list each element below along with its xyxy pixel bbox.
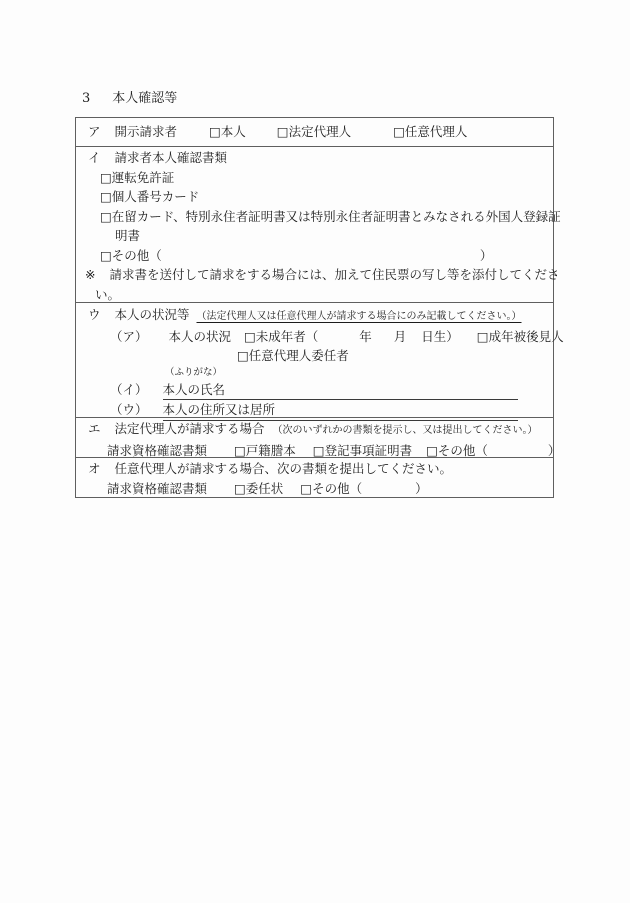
other-close-o: ） (415, 481, 428, 496)
note-text-line1: 請求書を送付して請求をする場合には、加えて住民票の写し等を添付してくださ (109, 267, 559, 282)
row-o-title-line: オ 任意代理人が請求する場合、次の書類を提出してください。 (76, 459, 553, 479)
residence-card-text-line1: □在留カード、特別永住者証明書又は特別永住者証明書とみなされる外国人登録証 (100, 209, 561, 224)
checkbox-option-my-number-card: □個人番号カード (76, 187, 553, 207)
sub-label-a: （ア） (110, 329, 148, 344)
checkbox-option-minor: □未成年者（ (244, 329, 318, 344)
checkbox-option-family-register: □戸籍謄本 (234, 443, 296, 458)
my-number-card-text: □個人番号カード (100, 189, 199, 204)
row-u-label: ウ (88, 307, 101, 322)
unit-year: 年 (359, 329, 372, 344)
section-heading: 3本人確認等 (82, 87, 177, 106)
row-e-title-note: （次のいずれかの書類を提示し、又は提出してください。） (273, 425, 538, 436)
row-a-label: ア (88, 124, 101, 139)
checkbox-option-drivers-license: □運転免許証 (76, 168, 553, 188)
principal-name-caption: 本人の氏名 (163, 382, 226, 397)
row-disclosure-requester: ア 開示請求者 □本人 □法定代理人 □任意代理人 (76, 118, 553, 147)
row-e-title-line: エ 法定代理人が請求する場合 （次のいずれかの書類を提示し、又は提出してください… (76, 419, 553, 441)
drivers-license-text: □運転免許証 (100, 170, 174, 185)
unit-day-close: 日生） (421, 329, 459, 344)
checkbox-option-adult-ward: □成年被後見人 (477, 329, 564, 344)
voluntary-delegator-text: □任意代理人委任者 (237, 348, 349, 363)
residence-card-wrap-line: 明書 (76, 226, 553, 246)
row-i-title: 請求者本人確認書類 (115, 150, 228, 165)
note-text-line2: い。 (95, 287, 120, 302)
mail-note-line1: ※ 請求書を送付して請求をする場合には、加えて住民票の写し等を添付してくださ (76, 265, 553, 285)
checkbox-option-voluntary-rep: □任意代理人 (393, 124, 467, 139)
principal-name-field: 本人の氏名 (163, 380, 518, 401)
sub-title-status: 本人の状況 (169, 329, 232, 344)
principal-name-line: （イ）本人の氏名 (76, 380, 553, 401)
row-e-label: エ (88, 421, 101, 436)
row-a-title: 開示請求者 (115, 124, 178, 139)
row-u-title-note: （法定代理人又は任意代理人が請求する場合にのみ記載してください。） (197, 311, 522, 322)
checkbox-option-self: □本人 (209, 124, 246, 139)
unit-month: 月 (394, 329, 407, 344)
note-mark: ※ (85, 267, 95, 282)
row-identity-documents: イ 請求者本人確認書類 □運転免許証 □個人番号カード □在留カード、特別永住者… (76, 147, 553, 303)
other-close-e: ） (548, 443, 561, 458)
checkbox-option-legal-rep: □法定代理人 (277, 124, 351, 139)
checkbox-option-voluntary-delegator: □任意代理人委任者 (76, 346, 553, 366)
other-prefix-i: □その他（ (100, 248, 162, 263)
document-page: 3本人確認等 ア 開示請求者 □本人 □法定代理人 □任意代理人 イ 請求者本人… (0, 0, 630, 903)
row-e-docs-line: 請求資格確認書類 □戸籍謄本 □登記事項証明書 □その他（） (76, 441, 553, 461)
furigana-text: （ふりがな） (165, 367, 222, 378)
principal-address-caption: 本人の住所又は居所 (163, 402, 276, 417)
row-u-title: 本人の状況等 (115, 307, 190, 322)
checkbox-option-other-e: □その他（ (426, 443, 488, 458)
row-i-label: イ (88, 150, 101, 165)
identity-verification-table: ア 開示請求者 □本人 □法定代理人 □任意代理人 イ 請求者本人確認書類 □運… (75, 117, 554, 498)
row-e-docs-label: 請求資格確認書類 (107, 443, 207, 458)
mail-note-line2: い。 (76, 285, 553, 305)
other-close-i: ） (480, 248, 493, 263)
row-principal-status: ウ 本人の状況等 （法定代理人又は任意代理人が請求する場合にのみ記載してください… (76, 303, 553, 418)
row-e-title: 法定代理人が請求する場合 (115, 421, 265, 436)
row-a-line: ア 開示請求者 □本人 □法定代理人 □任意代理人 (76, 118, 553, 145)
sub-label-i: （イ） (110, 382, 148, 397)
heading-number: 3 (82, 91, 90, 106)
other-blank-i (162, 259, 480, 260)
checkbox-option-other-o: □その他（ (300, 481, 362, 496)
checkbox-option-residence-card: □在留カード、特別永住者証明書又は特別永住者証明書とみなされる外国人登録証 (76, 207, 553, 227)
row-o-docs-label: 請求資格確認書類 (107, 481, 207, 496)
other-blank-e (488, 454, 548, 455)
sub-label-u: （ウ） (110, 402, 148, 417)
checkbox-option-registration-cert: □登記事項証明書 (313, 443, 412, 458)
residence-card-text-line2: 明書 (115, 228, 140, 243)
principal-address-field: 本人の住所又は居所 (163, 400, 518, 421)
row-o-title: 任意代理人が請求する場合、次の書類を提出してください。 (115, 461, 453, 476)
heading-title: 本人確認等 (112, 91, 177, 106)
principal-address-line: （ウ）本人の住所又は居所 (76, 400, 553, 421)
row-i-title-line: イ 請求者本人確認書類 (76, 148, 553, 168)
furigana-caption: （ふりがな） (76, 366, 553, 380)
principal-status-line: （ア） 本人の状況 □未成年者（ 年 月 日生） □成年被後見人 (76, 327, 553, 347)
checkbox-option-poa: □委任状 (234, 481, 283, 496)
row-voluntary-representative: オ 任意代理人が請求する場合、次の書類を提出してください。 請求資格確認書類 □… (76, 458, 553, 497)
row-o-label: オ (88, 461, 101, 476)
other-blank-o (362, 492, 415, 493)
row-u-title-line: ウ 本人の状況等 （法定代理人又は任意代理人が請求する場合にのみ記載してください… (76, 305, 553, 327)
checkbox-option-other-i: □その他（） (76, 246, 553, 266)
row-o-docs-line: 請求資格確認書類 □委任状 □その他（） (76, 479, 553, 499)
row-legal-representative: エ 法定代理人が請求する場合 （次のいずれかの書類を提示し、又は提出してください… (76, 418, 553, 458)
